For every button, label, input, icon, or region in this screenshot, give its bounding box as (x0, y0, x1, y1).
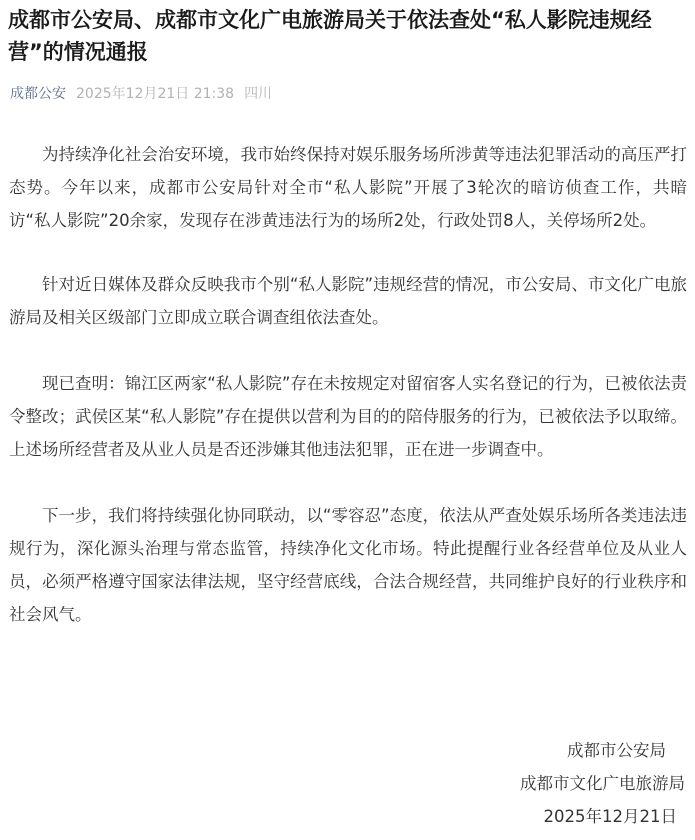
signature-date: 2025年12月21日 (520, 800, 685, 833)
article-body: 为持续净化社会治安环境，我市始终保持对娱乐服务场所涉黄等违法犯罪活动的高压严打态… (9, 138, 687, 664)
signature-org-police: 成都市公安局 (520, 734, 685, 767)
signature-block: 成都市公安局 成都市文化广电旅游局 2025年12月21日 (520, 734, 685, 833)
article-title: 成都市公安局、成都市文化广电旅游局关于依法查处“私人影院违规经营”的情况通报 (8, 4, 688, 68)
publish-location: 四川 (244, 86, 272, 102)
paragraph: 下一步，我们将持续强化协同联动，以“零容忍”态度，依法从严查处娱乐场所各类违法违… (9, 499, 687, 631)
paragraph: 现已查明：锦江区两家“私人影院”存在未按规定对留宿客人实名登记的行为，已被依法责… (9, 367, 687, 466)
publish-time: 2025年12月21日 21:38 (76, 86, 234, 102)
paragraph: 为持续净化社会治安环境，我市始终保持对娱乐服务场所涉黄等违法犯罪活动的高压严打态… (9, 138, 687, 237)
paragraph: 针对近日媒体及群众反映我市个别“私人影院”违规经营的情况，市公安局、市文化广电旅… (9, 268, 687, 334)
article-meta: 成都公安2025年12月21日 21:38四川 (10, 84, 272, 104)
signature-org-culture: 成都市文化广电旅游局 (520, 767, 685, 800)
article: 成都市公安局、成都市文化广电旅游局关于依法查处“私人影院违规经营”的情况通报 成… (0, 0, 695, 840)
author-link[interactable]: 成都公安 (10, 86, 66, 102)
